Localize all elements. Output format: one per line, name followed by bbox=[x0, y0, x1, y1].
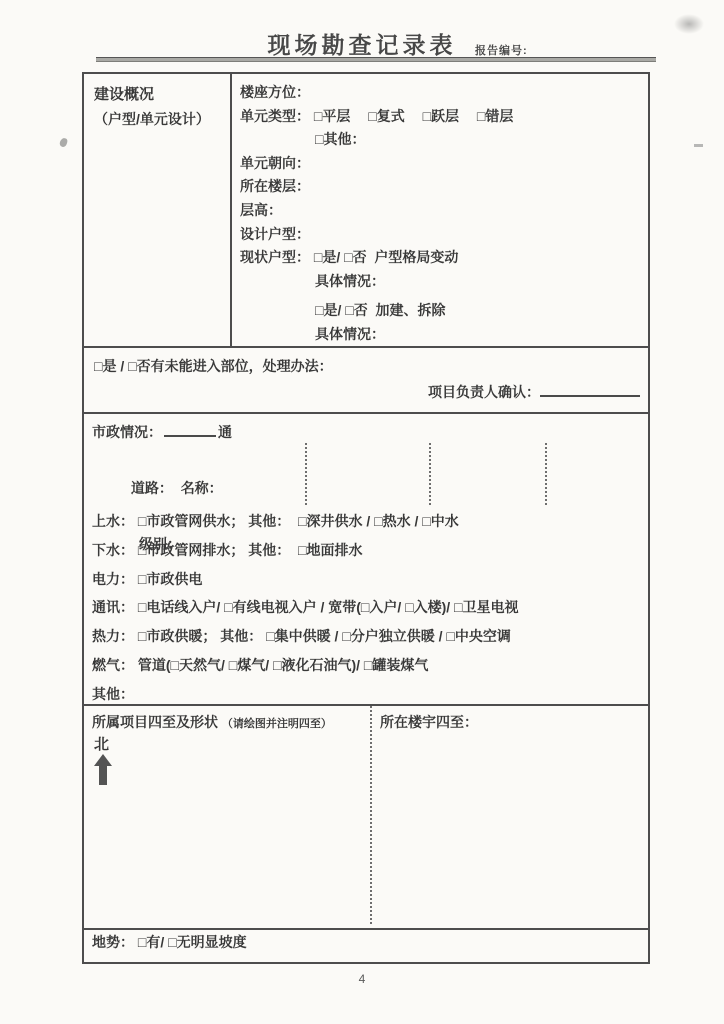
plot-left-title: 所属项目四至及形状 bbox=[92, 714, 218, 730]
line-building-position: 楼座方位： bbox=[240, 81, 648, 105]
line-addition-demolition: □是/ □否 加建、拆除 bbox=[315, 299, 648, 323]
road-level-label: 级别： bbox=[139, 536, 181, 552]
road-column-divider bbox=[305, 443, 307, 505]
municipal-blank-line bbox=[164, 423, 216, 437]
road-label: 道路： bbox=[131, 480, 181, 496]
road-info-block: 道路： 名称： 级别： bbox=[92, 446, 640, 504]
line-terrain-slope: 地势： □有/ □无明显坡度 bbox=[92, 933, 640, 951]
road-name-line: 道路： 名称： bbox=[92, 446, 640, 530]
line-gas: 燃气： 管道(□天然气/ □煤气/ □液化石油气)/ □罐装煤气 bbox=[92, 651, 640, 680]
construction-header-cell: 建设概况 （户型/单元设计） bbox=[84, 74, 232, 346]
line-designed-layout: 设计户型： bbox=[240, 223, 648, 247]
page-title: 现场勘查记录表 bbox=[0, 27, 724, 60]
section-municipal-utilities: 市政情况：通 道路： 名称： 级别： 上水： □市政管网供水； 其他： □深井供… bbox=[84, 414, 648, 706]
plot-left-note: （请绘图并注明四至） bbox=[222, 718, 332, 730]
confirm-blank-line bbox=[540, 383, 640, 397]
plot-left-title-line: 所属项目四至及形状 （请绘图并注明四至） bbox=[92, 712, 366, 732]
line-floor-located: 所在楼层： bbox=[240, 175, 648, 199]
line-electricity: 电力： □市政供电 bbox=[92, 565, 640, 594]
survey-form-table: 建设概况 （户型/单元设计） 楼座方位： 单元类型： □平层 □复式 □跃层 □… bbox=[82, 72, 650, 964]
scan-artifact bbox=[674, 14, 704, 34]
page-number: 4 bbox=[0, 972, 724, 986]
north-arrow-icon bbox=[94, 754, 112, 786]
line-unit-orientation: 单元朝向： bbox=[240, 152, 648, 176]
scan-artifact bbox=[59, 137, 68, 148]
line-heating: 热力： □市政供暖； 其他： □集中供暖 / □分户独立供暖 / □中央空调 bbox=[92, 622, 640, 651]
line-other-utilities: 其他： bbox=[92, 680, 640, 706]
building-boundaries-cell: 所在楼宇四至： bbox=[370, 706, 648, 928]
section-plot-boundaries: 所属项目四至及形状 （请绘图并注明四至） 北 所在楼宇四至： bbox=[84, 706, 648, 930]
road-level-line: 级别： bbox=[139, 530, 640, 558]
line-storey-height: 层高： bbox=[240, 199, 648, 223]
line-current-layout: 现状户型： □是/ □否 户型格局变动 bbox=[240, 246, 648, 270]
header-divider bbox=[96, 57, 656, 62]
scanned-form-page: 现场勘查记录表 报告编号: 建设概况 （户型/单元设计） 楼座方位： 单元类型：… bbox=[0, 0, 724, 1024]
project-leader-confirm: 项目负责人确认： bbox=[428, 382, 640, 402]
construction-title: 建设概况 bbox=[94, 82, 224, 107]
plot-right-title: 所在楼宇四至： bbox=[380, 712, 648, 732]
scan-artifact bbox=[694, 144, 703, 147]
line-communications: 通讯： □电话线入户/ □有线电视入户 / 宽带(□入户/ □入楼)/ □卫星电… bbox=[92, 593, 640, 622]
construction-detail-cell: 楼座方位： 单元类型： □平层 □复式 □跃层 □错层 □其他： 单元朝向： 所… bbox=[232, 74, 648, 346]
plot-cell-divider bbox=[370, 706, 372, 924]
line-unit-type-other: □其他： bbox=[315, 128, 648, 152]
line-unit-type: 单元类型： □平层 □复式 □跃层 □错层 bbox=[240, 105, 648, 129]
municipal-heading-suffix: 通 bbox=[218, 424, 232, 440]
section-inaccessible-parts: □是 / □否有未能进入部位，处理办法： 项目负责人确认： bbox=[84, 348, 648, 414]
confirm-label: 项目负责人确认： bbox=[428, 384, 540, 400]
section-terrain: 地势： □有/ □无明显坡度 bbox=[84, 930, 648, 954]
municipal-heading-label: 市政情况： bbox=[92, 424, 162, 440]
line-inaccessible-parts: □是 / □否有未能进入部位，处理办法： bbox=[94, 356, 638, 376]
construction-subtitle: （户型/单元设计） bbox=[94, 107, 224, 132]
line-layout-details: 具体情况： bbox=[315, 270, 648, 294]
report-number-label: 报告编号: bbox=[475, 42, 528, 58]
section-construction-overview: 建设概况 （户型/单元设计） 楼座方位： 单元类型： □平层 □复式 □跃层 □… bbox=[84, 74, 648, 348]
north-label: 北 bbox=[94, 736, 366, 754]
line-addition-details: 具体情况： bbox=[315, 323, 648, 347]
road-name-label: 名称： bbox=[181, 480, 223, 496]
road-column-divider bbox=[429, 443, 431, 505]
municipal-heading: 市政情况：通 bbox=[92, 420, 640, 444]
road-column-divider bbox=[545, 443, 547, 505]
plot-sketch-cell: 所属项目四至及形状 （请绘图并注明四至） 北 bbox=[84, 706, 370, 928]
